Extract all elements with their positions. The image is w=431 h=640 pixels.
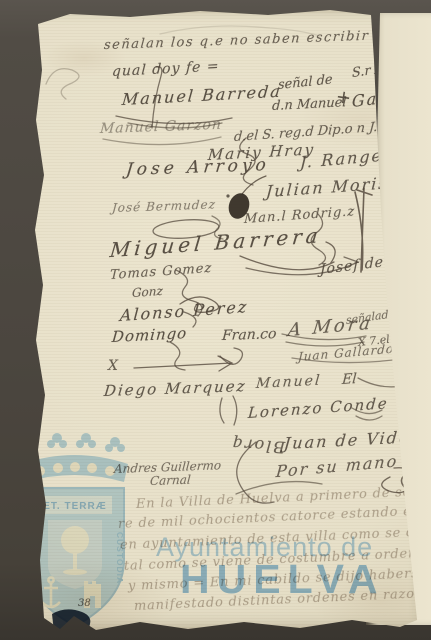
signature: Diego Marquez	[103, 377, 247, 400]
signature: Domingo	[111, 324, 188, 346]
tower-icon	[84, 581, 101, 608]
signature: Juan Gallardo.	[298, 341, 399, 364]
watermark-crest: ET. TERRÆ PORTUS MARIS CUSTODIA	[14, 428, 136, 636]
signature: Julian Moris	[265, 173, 389, 201]
signature: Jose Arroyo	[125, 155, 271, 180]
signature: Gonz	[132, 284, 163, 300]
watermark-text-line2: HUELVA	[180, 556, 384, 603]
signature: El	[341, 371, 357, 388]
header-line: qual doy fe =	[112, 58, 220, 80]
scanned-manuscript-photo: señalan los q.e no saben escribir de est…	[0, 0, 431, 640]
signature-cross-mark: X	[108, 358, 118, 374]
svg-text:CUSTODIA: CUSTODIA	[115, 532, 125, 584]
signature: Fran.co	[221, 326, 277, 344]
signature: Tomas Gomez	[110, 261, 213, 283]
signature: José Bermudez	[112, 197, 217, 215]
signature: Alonso Perez	[119, 297, 249, 325]
annotation: señal de	[278, 72, 332, 93]
crown-icon	[18, 433, 128, 482]
signature: Miguel Barrera	[109, 223, 323, 262]
shield-icon: ET. TERRÆ PORTUS MARIS CUSTODIA	[25, 488, 125, 626]
signature: Lorenzo Conde	[247, 394, 389, 422]
signature: Manuel	[255, 373, 322, 393]
svg-text:PORTUS MARIS: PORTUS MARIS	[25, 519, 35, 596]
signature: Carnal	[150, 473, 192, 488]
signature: Por su mano	[275, 451, 399, 481]
signature-cross-mark: +	[335, 86, 353, 109]
svg-text:ET. TERRÆ: ET. TERRÆ	[43, 501, 106, 512]
signature: Manuel Garzon	[99, 117, 222, 137]
manuscript-page: señalan los q.e no saben escribir de est…	[0, 0, 431, 640]
signature: Manuel Barreda	[121, 82, 282, 109]
signature-inverted: Blorq	[230, 434, 286, 457]
signature: Man.l Rodrig.z	[244, 204, 356, 227]
